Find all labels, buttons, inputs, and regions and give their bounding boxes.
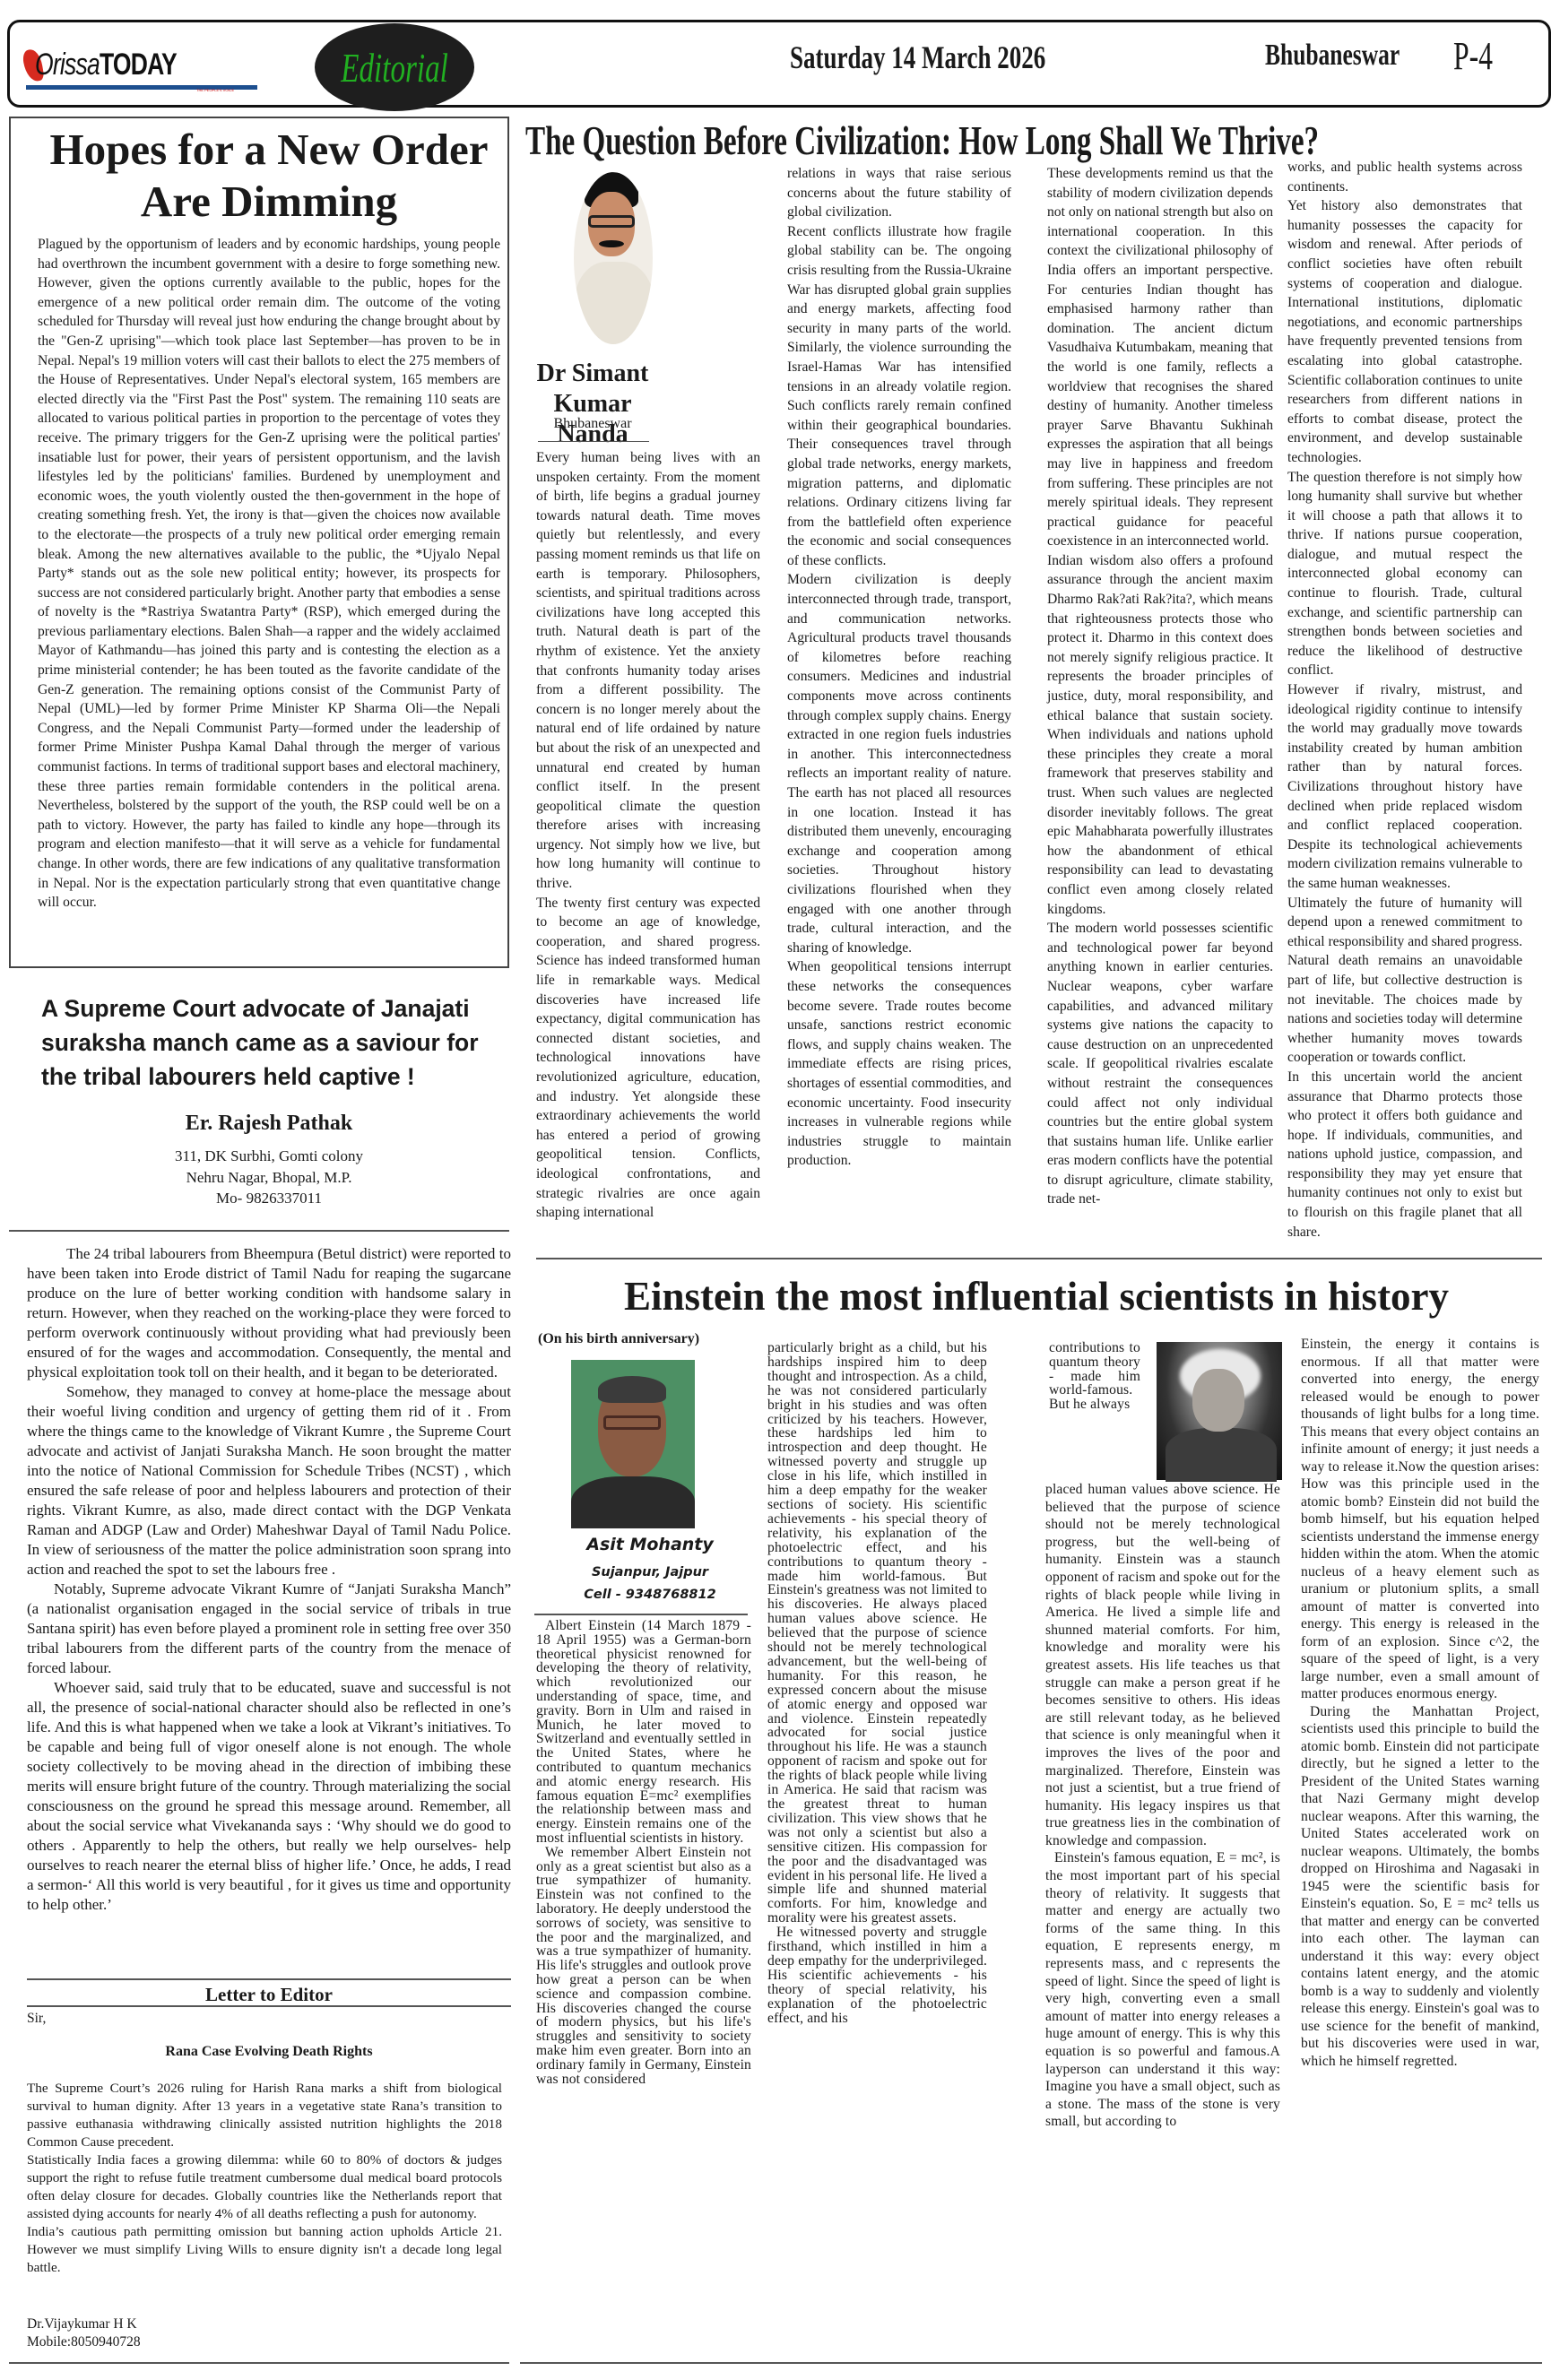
logo-wordmark: OrissaTODAY: [35, 46, 177, 83]
paragraph: Albert Einstein (14 March 1879 - 18 Apri…: [536, 1619, 751, 1846]
paragraph: Somehow, they managed to convey at home-…: [27, 1382, 511, 1579]
hopes-article-title: Hopes for a New Order Are Dimming: [27, 124, 511, 228]
paragraph: particularly bright as a child, but his …: [767, 1341, 987, 1926]
paragraph: When geopolitical tensions interrupt the…: [787, 957, 1011, 1171]
albert-einstein-photo: [1157, 1342, 1282, 1480]
address-line-2: Nehru Nagar, Bhopal, M.P.: [27, 1167, 511, 1189]
paragraph: The Supreme Court’s 2026 ruling for Hari…: [27, 2080, 502, 2151]
divider: [9, 1230, 509, 1232]
einstein-col-3: placed human values above science. He be…: [1045, 1481, 1280, 2131]
masthead: OrissaTODAY THE PEOPLE'S VOICE Editorial…: [7, 20, 1551, 108]
letter-title: Rana Case Evolving Death Rights: [27, 2044, 511, 2060]
section-badge: Editorial: [315, 23, 474, 111]
question-article-title: The Question Before Civilization: How Lo…: [525, 117, 1261, 165]
einstein-col-2: particularly bright as a child, but his …: [767, 1341, 987, 2026]
question-col-3: These developments remind us that the st…: [1047, 164, 1273, 1209]
paragraph: works, and public health systems across …: [1287, 158, 1522, 196]
divider: [27, 1978, 511, 1980]
paragraph: The twenty first century was expected to…: [536, 894, 760, 1223]
paragraph: We remember Albert Einstein not only as …: [536, 1846, 751, 2087]
paragraph: The question therefore is not simply how…: [1287, 468, 1522, 681]
paragraph: Notably, Supreme advocate Vikrant Kumre …: [27, 1579, 511, 1678]
author-photo-asit-mohanty: [571, 1360, 695, 1528]
einstein-col-4: Einstein, the energy it contains is enor…: [1301, 1336, 1539, 2070]
tribal-article-body: The 24 tribal labourers from Bheempura (…: [27, 1244, 511, 1915]
tribal-article-author: Er. Rajesh Pathak: [27, 1112, 511, 1136]
signer-name: Dr.Vijaykumar H K: [27, 2315, 141, 2333]
paragraph: The modern world possesses scientific an…: [1047, 919, 1273, 1209]
paragraph: However if rivalry, mistrust, and ideolo…: [1287, 680, 1522, 894]
letter-signature: Dr.Vijaykumar H K Mobile:8050940728: [27, 2315, 141, 2351]
question-article-author-city: Bhubaneswar: [525, 416, 660, 432]
issue-date: Saturday 14 March 2026: [790, 39, 1045, 76]
tribal-article-title: A Supreme Court advocate of Janajati sur…: [41, 991, 502, 1094]
letter-section-title: Letter to Editor: [27, 1984, 511, 2006]
paragraph: Einstein's famous equation, E = mc², is …: [1045, 1849, 1280, 2131]
question-article-author: Dr Simant Kumar Nanda: [525, 359, 660, 450]
paragraph: Yet history also demonstrates that human…: [1287, 196, 1522, 467]
author-phone: Mo- 9826337011: [27, 1188, 511, 1209]
address-line-1: 311, DK Surbhi, Gomti colony: [27, 1146, 511, 1167]
paragraph: The 24 tribal labourers from Bheempura (…: [27, 1244, 511, 1382]
page-number: P-4: [1453, 33, 1493, 79]
paragraph: These developments remind us that the st…: [1047, 164, 1273, 551]
einstein-article-title: Einstein the most influential scientists…: [525, 1273, 1547, 1320]
paragraph: During the Manhattan Project, scientists…: [1301, 1703, 1539, 2071]
question-col-4: works, and public health systems across …: [1287, 158, 1522, 1242]
divider: [538, 441, 649, 442]
divider: [536, 1258, 1542, 1259]
paragraph: Statistically India faces a growing dile…: [27, 2151, 502, 2223]
letter-salutation: Sir,: [27, 2011, 46, 2027]
divider: [9, 2362, 509, 2364]
author-photo-simant-nanda: [574, 172, 653, 344]
einstein-article-author-contact: Sujanpur, Jajpur Cell - 9348768812: [538, 1562, 762, 1606]
edition-city: Bhubaneswar: [1265, 39, 1400, 73]
paragraph: He witnessed poverty and struggle firsth…: [767, 1926, 987, 2025]
letter-body: The Supreme Court’s 2026 ruling for Hari…: [27, 2080, 502, 2277]
paragraph: Ultimately the future of humanity will d…: [1287, 894, 1522, 1068]
divider: [520, 2362, 1542, 2364]
question-col-1: Every human being lives with an unspoken…: [536, 448, 760, 1223]
paragraph: India’s cautious path permitting omissio…: [27, 2223, 502, 2277]
logo-tagline: THE PEOPLE'S VOICE: [196, 88, 234, 92]
orissa-today-logo[interactable]: OrissaTODAY THE PEOPLE'S VOICE: [24, 46, 275, 91]
einstein-article-author: Asit Mohanty: [538, 1535, 762, 1554]
einstein-article-occasion: (On his birth anniversary): [538, 1331, 699, 1347]
paragraph: Every human being lives with an unspoken…: [536, 448, 760, 894]
paragraph: Recent conflicts illustrate how fragile …: [787, 222, 1011, 571]
paragraph: Einstein, the energy it contains is enor…: [1301, 1336, 1539, 1703]
hopes-article-body: Plagued by the opportunism of leaders an…: [38, 235, 500, 913]
paragraph: In this uncertain world the ancient assu…: [1287, 1068, 1522, 1242]
paragraph: Whoever said, said truly that to be educ…: [27, 1678, 511, 1915]
paragraph: Modern civilization is deeply interconne…: [787, 570, 1011, 957]
einstein-col-1: Albert Einstein (14 March 1879 - 18 Apri…: [536, 1619, 751, 2086]
signer-mobile: Mobile:8050940728: [27, 2333, 141, 2351]
paragraph: relations in ways that raise serious con…: [787, 164, 1011, 222]
paragraph: placed human values above science. He be…: [1045, 1481, 1280, 1849]
section-label: Editorial: [341, 44, 448, 91]
author-place: Sujanpur, Jajpur: [538, 1562, 762, 1584]
divider: [27, 2005, 511, 2007]
tribal-article-address: 311, DK Surbhi, Gomti colony Nehru Nagar…: [27, 1146, 511, 1209]
divider: [534, 1614, 748, 1615]
author-phone: Cell - 9348768812: [538, 1584, 762, 1606]
paragraph: Indian wisdom also offers a profound ass…: [1047, 551, 1273, 919]
question-col-2: relations in ways that raise serious con…: [787, 164, 1011, 1171]
einstein-col-3-wrap: contributions to quantum theory - made h…: [1049, 1341, 1140, 1412]
